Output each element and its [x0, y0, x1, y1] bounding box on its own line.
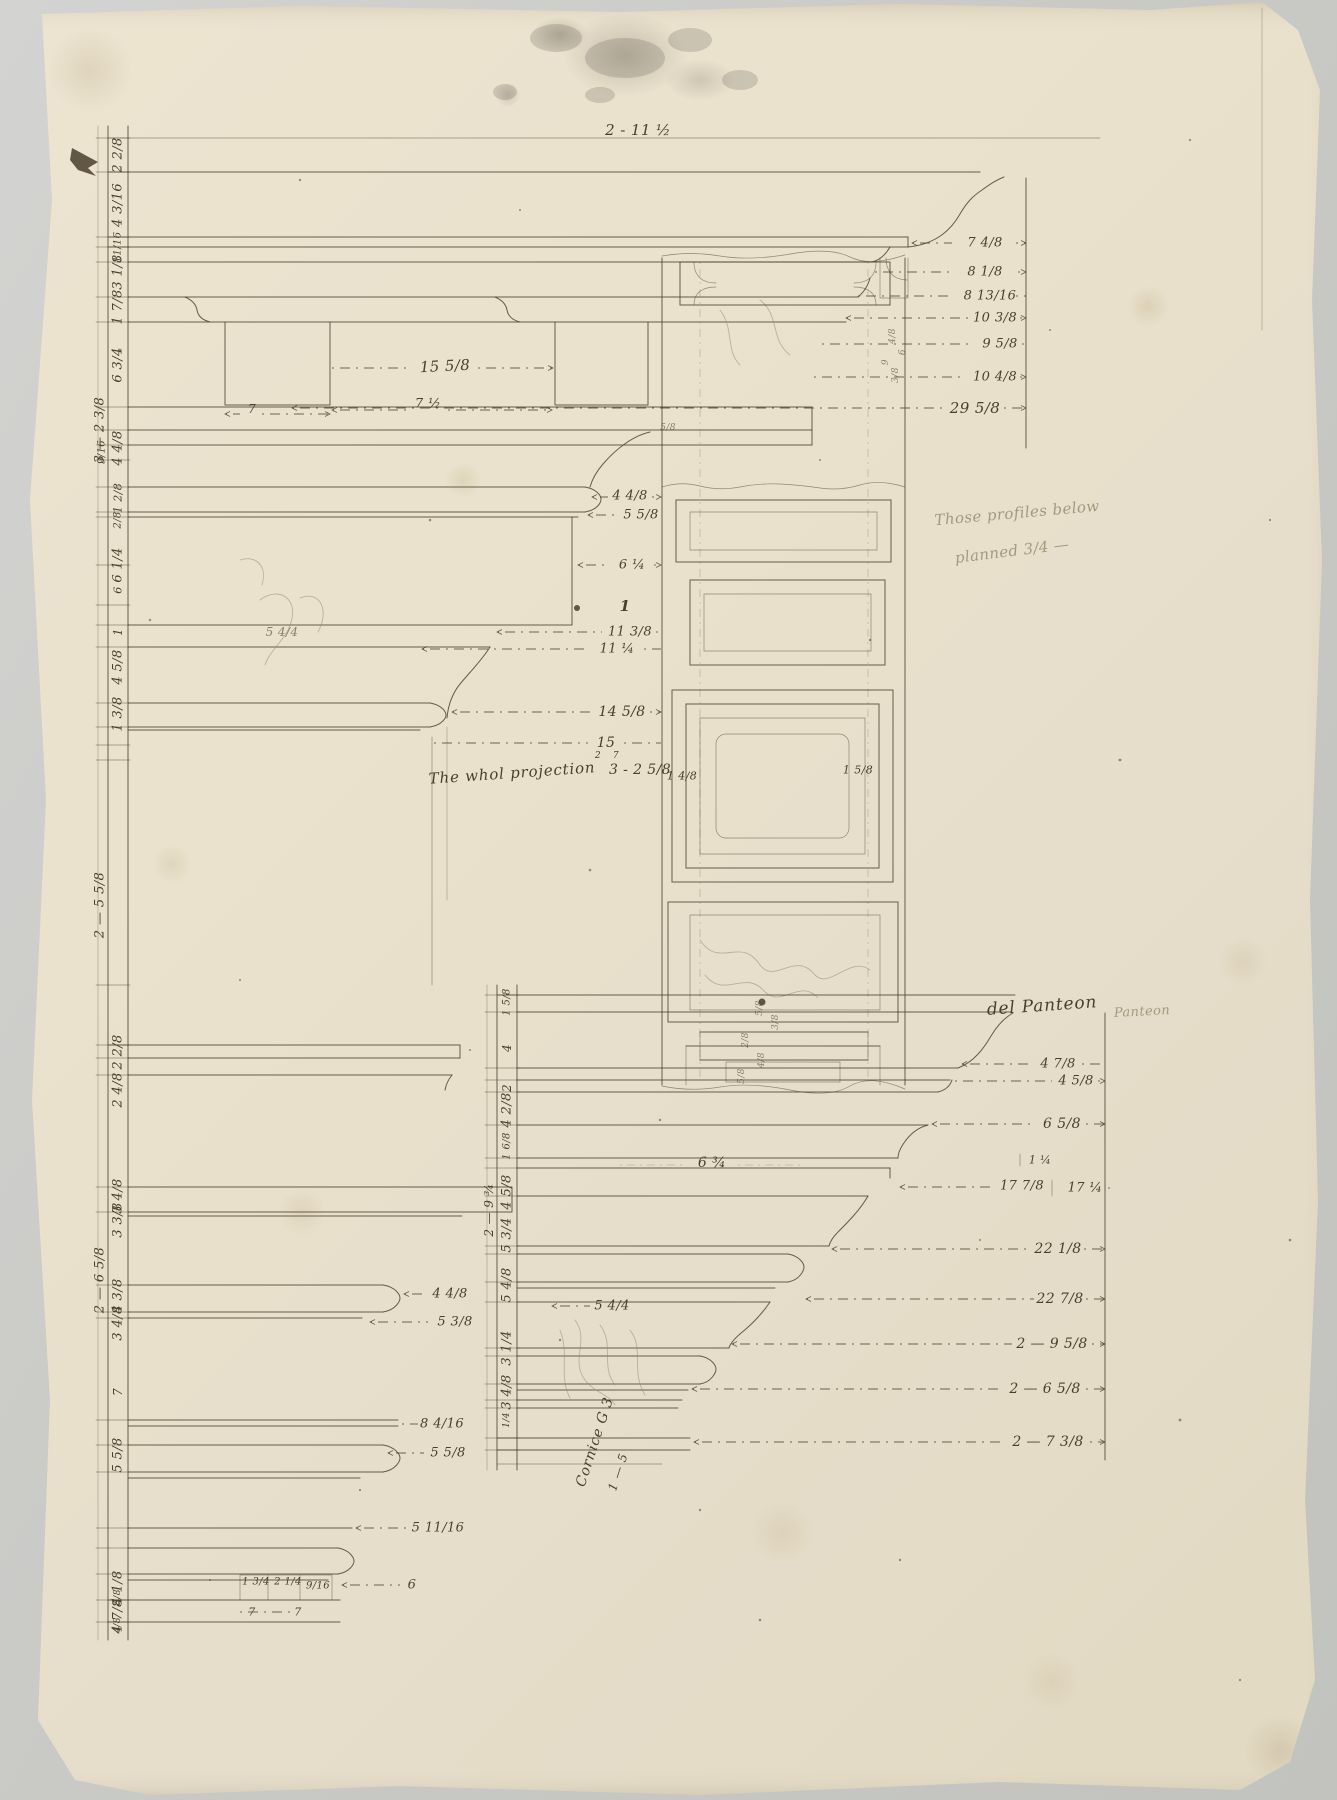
bottom-left-architrave-profile-drawing	[108, 1045, 512, 1622]
left-ruler	[96, 126, 130, 1640]
photo-background: { "theme":{"ink":"#4a3e2c","pencil":"#97…	[0, 0, 1337, 1800]
coffer-soffit-plan-drawing	[662, 251, 905, 1093]
linework-canvas	[0, 0, 1337, 1800]
bottom-right-cornice-profile-drawing	[485, 985, 1110, 1470]
top-right-dimension-leaders	[225, 178, 1026, 743]
top-entablature-profile-drawing	[108, 138, 1100, 985]
ink-blots-and-specks	[70, 8, 1291, 1681]
